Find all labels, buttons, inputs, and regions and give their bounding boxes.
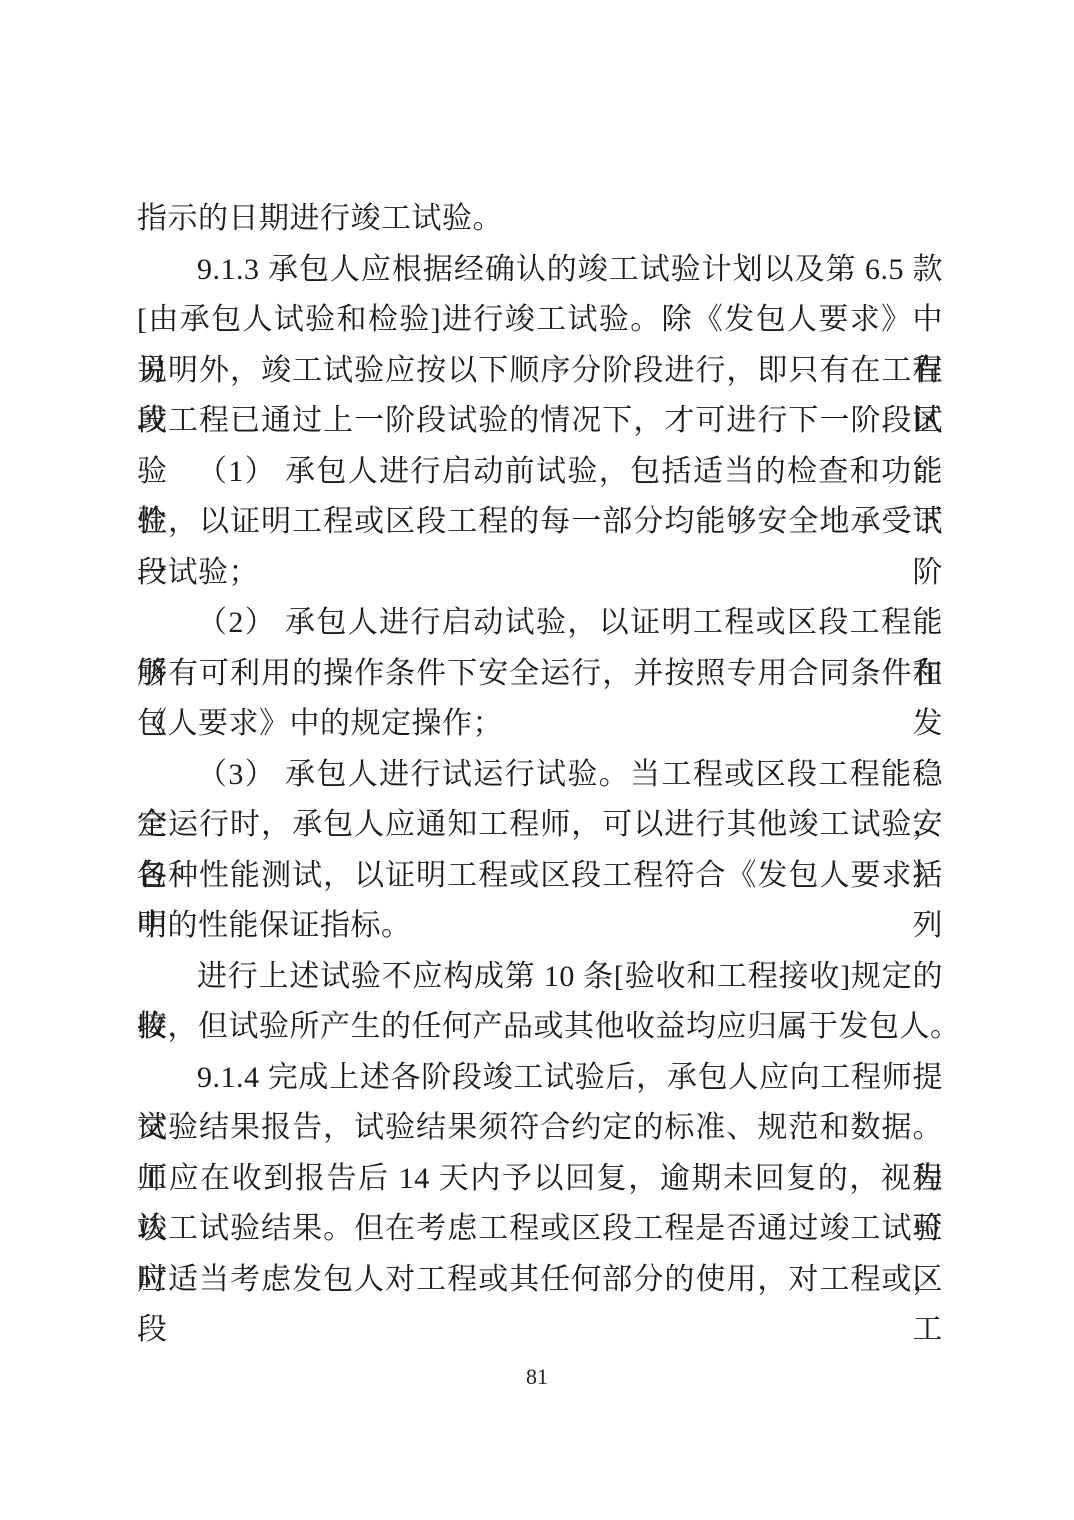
text-line: 试验结果报告，试验结果须符合约定的标准、规范和数据。工程: [137, 1103, 943, 1154]
document-body: 指示的日期进行竣工试验。 9.1.3 承包人应根据经确认的竣工试验计划以及第 6…: [137, 194, 943, 1305]
text-line: 竣工试验结果。但在考虑工程或区段工程是否通过竣工试验时，: [137, 1204, 943, 1255]
text-line: 全运行时，承包人应通知工程师，可以进行其他竣工试验，包括: [137, 800, 943, 851]
text-line: 收，但试验所产生的任何产品或其他收益均应归属于发包人。: [137, 1002, 943, 1053]
text-line: （2） 承包人进行启动试验，以证明工程或区段工程能够在: [137, 598, 943, 649]
text-line: 应适当考虑发包人对工程或其任何部分的使用，对工程或区段工: [137, 1255, 943, 1306]
page-number: 81: [0, 1362, 1074, 1392]
text-line: 进行上述试验不应构成第 10 条[验收和工程接收]规定的接: [137, 952, 943, 1003]
text-line: 各种性能测试，以证明工程或区段工程符合《发包人要求》中列: [137, 851, 943, 902]
text-line: 指示的日期进行竣工试验。: [137, 194, 943, 245]
text-line: 所有可利用的操作条件下安全运行，并按照专用合同条件和《发: [137, 649, 943, 700]
text-line: 说明外，竣工试验应按以下顺序分阶段进行，即只有在工程或区: [137, 346, 943, 397]
text-line: 验，以证明工程或区段工程的每一部分均能够安全地承受下一阶: [137, 497, 943, 548]
text-line: 段工程已通过上一阶段试验的情况下，才可进行下一阶段试验：: [137, 396, 943, 447]
text-line: （1） 承包人进行启动前试验，包括适当的检查和功能性试: [137, 447, 943, 498]
text-line: [由承包人试验和检验]进行竣工试验。除《发包人要求》中另有: [137, 295, 943, 346]
text-line: （3） 承包人进行试运行试验。当工程或区段工程能稳定安: [137, 750, 943, 801]
text-line: 9.1.3 承包人应根据经确认的竣工试验计划以及第 6.5 款: [137, 245, 943, 296]
text-line: 9.1.4 完成上述各阶段竣工试验后，承包人应向工程师提交: [137, 1053, 943, 1104]
text-line: 师应在收到报告后 14 天内予以回复，逾期未回复的，视为认可: [137, 1154, 943, 1205]
document-page: 指示的日期进行竣工试验。 9.1.3 承包人应根据经确认的竣工试验计划以及第 6…: [0, 0, 1074, 1520]
